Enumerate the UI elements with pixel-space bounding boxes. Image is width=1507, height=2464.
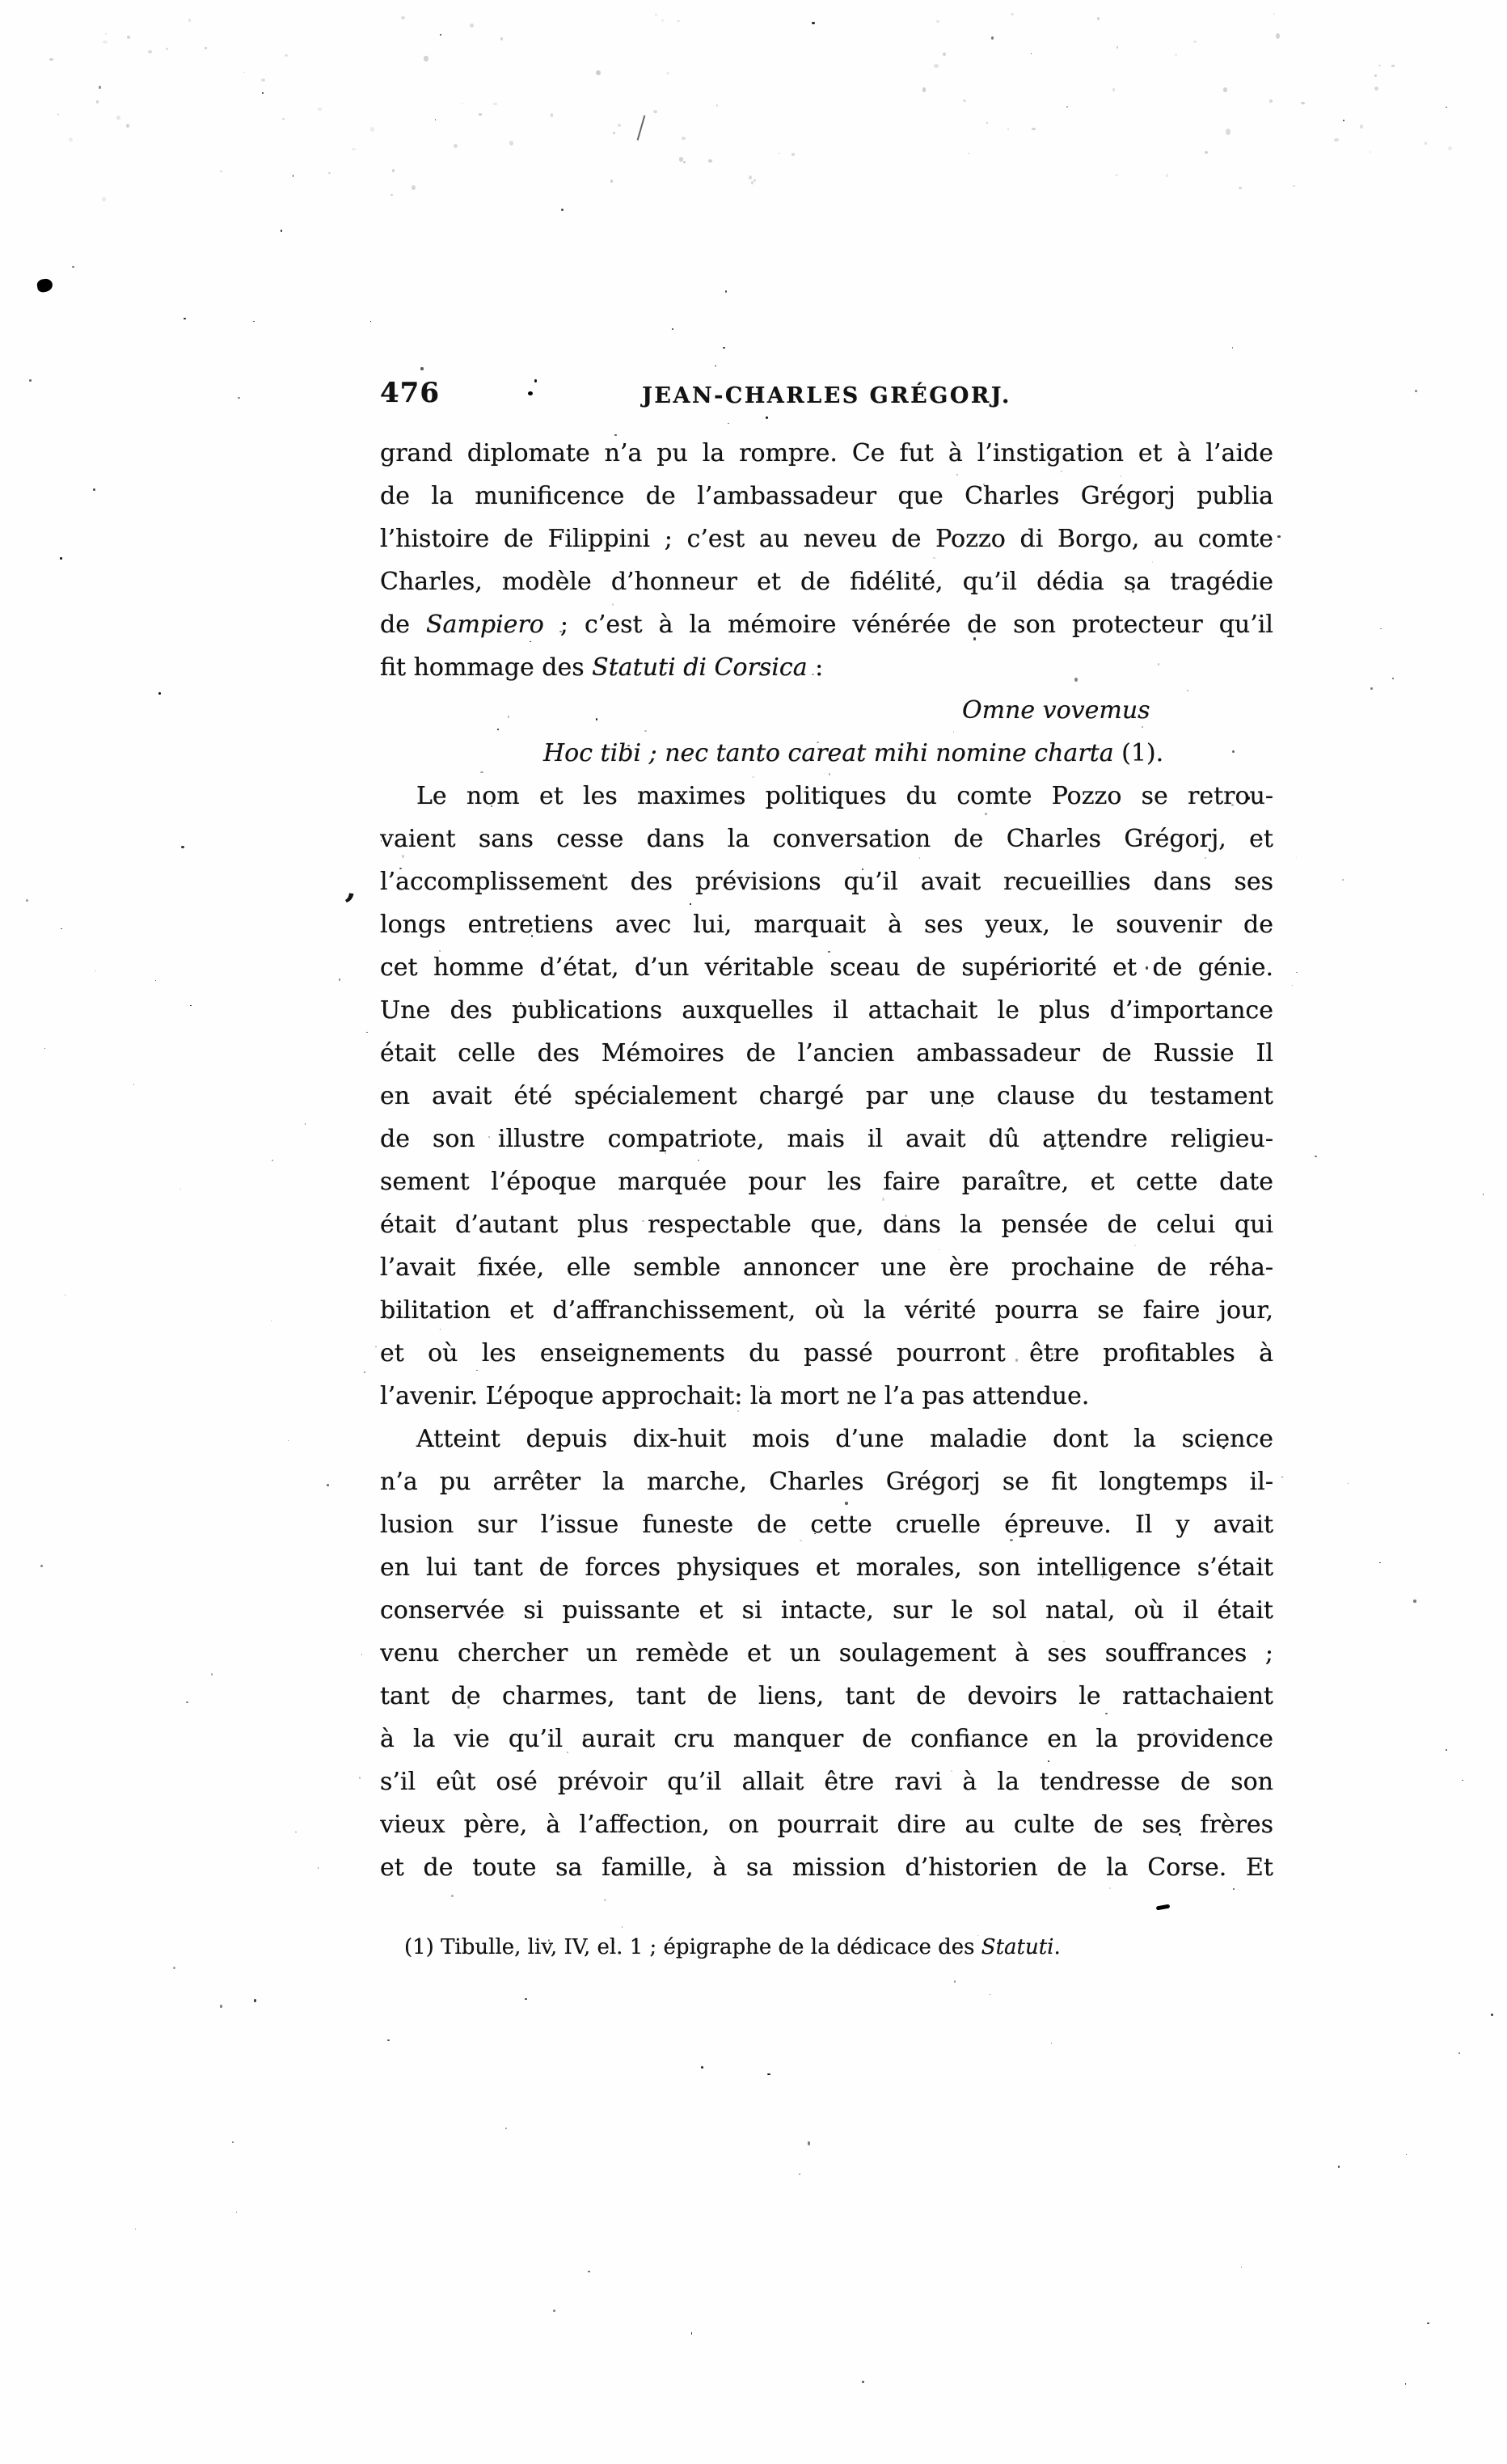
scan-noise-speck (1241, 2267, 1243, 2267)
scan-noise-speck (65, 1295, 65, 1295)
footnote: (1) Tibulle, liv, IV, el. 1 ; épigraphe … (380, 1933, 1273, 1962)
scan-noise-speck (1446, 1749, 1446, 1750)
scan-noise-speck (610, 180, 613, 183)
scan-noise-speck (293, 175, 294, 176)
scan-noise-speck (767, 2073, 770, 2075)
scan-noise-speck (282, 118, 285, 120)
scan-noise-speck (61, 928, 61, 929)
scan-noise-speck (1379, 1562, 1380, 1563)
scan-noise-speck (509, 141, 513, 146)
scan-noise-speck (1392, 678, 1394, 679)
scan-noise-speck (26, 899, 28, 901)
scan-noise-speck (1483, 1194, 1484, 1195)
stray-dash-mark (1156, 1904, 1171, 1911)
scan-noise-speck (753, 179, 757, 182)
scan-noise-speck (69, 137, 73, 142)
italic-text: Statuti (981, 1935, 1054, 1959)
scan-noise-speck (40, 1565, 43, 1567)
text-segment: de son illustre compatriote, mais il ava… (380, 1125, 1273, 1153)
text-segment: tant de charmes, tant de liens, tant de … (380, 1682, 1273, 1710)
scan-noise-speck (318, 108, 321, 111)
scan-noise-speck (691, 2332, 693, 2334)
scan-noise-speck (682, 137, 685, 139)
paragraph-3: Atteint depuis dix-huit mois d’une malad… (380, 1418, 1273, 1889)
scan-noise-speck (253, 321, 255, 322)
scan-noise-speck (462, 103, 463, 104)
scan-noise-speck (954, 1980, 956, 1982)
scan-noise-speck (1232, 347, 1233, 349)
scan-noise-speck (766, 416, 768, 419)
scan-noise-speck (272, 1160, 272, 1161)
scan-noise-speck (1011, 13, 1014, 15)
scan-noise-speck (661, 19, 664, 22)
scan-noise-speck (553, 2310, 555, 2312)
scan-noise-speck (205, 47, 208, 49)
text-segment: (1). (1114, 739, 1164, 767)
text-line: était celle des Mémoires de l’ancien amb… (380, 1032, 1273, 1075)
scan-noise-speck (93, 488, 96, 491)
scan-noise-speck (1406, 2154, 1407, 2155)
scan-noise-speck (1315, 1156, 1317, 1158)
scan-noise-speck (96, 100, 99, 104)
scan-noise-speck (126, 124, 130, 128)
scan-noise-speck (186, 1701, 188, 1703)
scan-noise-speck (672, 328, 673, 330)
scan-noise-speck (749, 175, 752, 180)
scan-noise-speck (1427, 2322, 1429, 2324)
scan-noise-speck (505, 2128, 507, 2129)
scan-noise-speck (725, 290, 727, 293)
scan-noise-speck (288, 1440, 289, 1441)
scan-noise-speck (116, 116, 120, 120)
scan-noise-speck (420, 367, 423, 371)
scan-noise-speck (29, 379, 32, 382)
scan-noise-speck (1342, 879, 1344, 881)
scan-noise-speck (1462, 1780, 1463, 1781)
scan-noise-speck (1007, 128, 1009, 130)
scan-noise-speck (1175, 54, 1176, 56)
scan-noise-speck (1277, 535, 1280, 538)
text-line: vieux père, à l’affection, on pourrait d… (380, 1803, 1273, 1846)
scan-noise-speck (1334, 138, 1339, 142)
scan-noise-speck (588, 2271, 589, 2272)
scan-noise-speck (1380, 628, 1382, 629)
scan-noise-speck (1273, 13, 1275, 15)
scan-noise-speck (49, 58, 53, 61)
scan-noise-speck (677, 20, 680, 22)
scan-noise-speck (361, 1654, 363, 1655)
page-body: grand diplomate n’a pu la rompre. Ce fut… (380, 432, 1273, 1889)
italic-text: Omne vovemus (962, 696, 1150, 725)
text-line: tant de charmes, tant de liens, tant de … (380, 1675, 1273, 1718)
scan-noise-speck (551, 113, 553, 116)
scan-noise-speck (613, 132, 615, 134)
scan-noise-speck (808, 2141, 810, 2145)
scan-noise-speck (1292, 985, 1293, 986)
verse-quotation: Omne vovemusHoc tibi ; nec tanto careat … (380, 689, 1273, 775)
scan-noise-speck (934, 64, 938, 68)
scan-noise-speck (133, 1084, 135, 1085)
text-line: de la munificence de l’ambassadeur que C… (380, 475, 1273, 518)
scan-noise-speck (812, 22, 815, 24)
scan-noise-speck (440, 34, 441, 36)
scan-noise-speck (181, 846, 184, 848)
text-segment: et où les enseignements du passé pourron… (380, 1339, 1273, 1367)
scan-noise-speck (1269, 99, 1273, 103)
scan-noise-speck (493, 103, 497, 105)
scan-noise-speck (791, 153, 794, 156)
text-segment: l’histoire de Filippini ; c’est au neveu… (380, 525, 1273, 553)
text-segment: l’avenir. L’époque approchait: la mort n… (380, 1382, 1089, 1410)
scan-noise-speck (412, 185, 416, 190)
scan-noise-speck (190, 1005, 191, 1006)
scan-noise-speck (339, 978, 341, 982)
scan-noise-speck (969, 153, 969, 154)
text-segment: longs entretiens avec lui, marquait à se… (380, 911, 1273, 939)
scan-noise-speck (655, 112, 656, 113)
scan-noise-speck (392, 169, 395, 171)
scan-noise-speck (500, 37, 503, 40)
scan-noise-speck (352, 148, 355, 150)
text-line: à la vie qu’il aurait cru manquer de con… (380, 1718, 1273, 1760)
ink-blob-artifact (36, 277, 53, 293)
text-segment: à la vie qu’il aurait cru manquer de con… (380, 1725, 1273, 1753)
scan-noise-speck (103, 40, 108, 44)
scan-noise-speck (653, 110, 657, 114)
scan-noise-speck (618, 124, 621, 127)
text-segment: . (1054, 1935, 1061, 1959)
text-line: Le nom et les maximes politiques du comt… (380, 775, 1273, 818)
scan-noise-speck (604, 1899, 606, 1901)
scan-noise-speck (390, 194, 392, 197)
scan-noise-speck (751, 181, 754, 184)
scan-noise-speck (158, 692, 161, 695)
scan-noise-speck (387, 2039, 390, 2041)
scan-noise-speck (862, 2381, 864, 2383)
scan-noise-speck (262, 92, 264, 94)
scan-noise-speck (1415, 390, 1416, 392)
text-line: l’histoire de Filippini ; c’est au neveu… (380, 518, 1273, 560)
scan-noise-speck (285, 54, 288, 57)
scan-noise-speck (261, 78, 264, 82)
scan-noise-speck (127, 36, 130, 39)
scan-noise-speck (708, 159, 713, 163)
scan-noise-speck (1343, 120, 1344, 121)
scan-noise-speck (1239, 187, 1242, 189)
text-segment: conservée si puissante et si intacte, su… (380, 1596, 1273, 1625)
verse-line: Omne vovemus (380, 689, 1273, 732)
scan-noise-speck (1205, 151, 1208, 154)
scan-noise-speck (1360, 125, 1362, 129)
scan-noise-speck (232, 2141, 233, 2143)
scan-noise-speck (1097, 17, 1100, 20)
scan-noise-speck (728, 423, 729, 425)
text-line: de Sampiero ; c’est à la mémoire vénérée… (380, 603, 1273, 646)
scan-noise-speck (1378, 65, 1380, 66)
scan-scratch-mark (637, 115, 646, 140)
scan-noise-speck (295, 1832, 296, 1833)
scan-noise-speck (596, 70, 601, 75)
scan-noise-speck (305, 1123, 306, 1124)
scan-noise-speck (723, 347, 725, 349)
scan-noise-speck (716, 104, 719, 107)
text-segment: ; c’est à la mémoire vénérée de son prot… (544, 611, 1273, 639)
scan-noise-speck (1448, 146, 1451, 150)
scan-noise-speck (1115, 174, 1119, 176)
text-line: cet homme d’état, d’un véritable sceau d… (380, 946, 1273, 989)
scan-noise-speck (243, 72, 245, 73)
scan-noise-speck (211, 1673, 213, 1676)
scan-noise-speck (180, 1189, 181, 1190)
text-line: l’avait fixée, elle semble annoncer une … (380, 1246, 1273, 1289)
text-segment: fit hommage des (380, 653, 592, 682)
text-line: et de toute sa famille, à sa mission d’h… (380, 1846, 1273, 1889)
scan-noise-speck (220, 171, 222, 173)
scan-noise-speck (1032, 128, 1035, 130)
text-segment: n’a pu arrêter la marche, Charles Grégor… (380, 1468, 1273, 1496)
scan-noise-speck (166, 48, 168, 51)
scan-noise-speck (990, 1994, 990, 1996)
scan-noise-speck (401, 16, 405, 19)
text-segment: grand diplomate n’a pu la rompre. Ce fut… (380, 439, 1273, 467)
text-segment: bilitation et d’affranchissement, où la … (380, 1296, 1273, 1325)
scan-noise-speck (281, 230, 283, 232)
text-line: s’il eût osé prévoir qu’il allait être r… (380, 1760, 1273, 1803)
scan-noise-speck (799, 2174, 800, 2174)
scan-noise-speck (1296, 972, 1298, 974)
scanned-book-page: ’ 476 JEAN-CHARLES GRÉGORJ. grand diplom… (0, 0, 1507, 2464)
scan-noise-speck (135, 2229, 137, 2229)
scan-noise-speck (525, 1998, 527, 2000)
scan-noise-speck (943, 53, 946, 56)
scan-noise-speck (327, 1484, 328, 1486)
scan-noise-speck (1338, 2166, 1340, 2168)
scan-noise-speck (991, 36, 994, 40)
scan-noise-speck (1117, 46, 1119, 49)
text-line: sement l’époque marquée pour les faire p… (380, 1160, 1273, 1203)
text-segment: Le nom et les maximes politiques du comt… (416, 782, 1273, 810)
text-segment: en lui tant de forces physiques et moral… (380, 1553, 1273, 1582)
scan-noise-speck (328, 172, 331, 174)
italic-text: Statuti di Corsica (592, 653, 807, 682)
text-line: Une des publications auxquelles il attac… (380, 989, 1273, 1032)
text-segment: était d’autant plus respectable que, dan… (380, 1211, 1273, 1239)
scan-noise-speck (424, 56, 428, 61)
scan-noise-speck (1193, 40, 1197, 42)
text-segment: était celle des Mémoires de l’ancien amb… (380, 1039, 1273, 1067)
scan-noise-speck (666, 72, 669, 74)
scan-noise-speck (561, 209, 564, 211)
scan-noise-speck (1405, 2383, 1406, 2385)
scan-noise-speck (1293, 185, 1294, 187)
scan-noise-speck (936, 20, 939, 23)
scan-noise-speck (173, 1967, 175, 1969)
text-segment: vaient sans cesse dans la conversation d… (380, 825, 1273, 853)
text-line: Charles, modèle d’honneur et de fidélité… (380, 560, 1273, 603)
running-header-title: JEAN-CHARLES GRÉGORJ. (380, 383, 1273, 408)
scan-noise-speck (435, 119, 437, 120)
scan-noise-speck (622, 1926, 623, 1927)
text-segment: l’avait fixée, elle semble annoncer une … (380, 1253, 1273, 1282)
scan-noise-speck (986, 122, 988, 123)
text-segment: sement l’époque marquée pour les faire p… (380, 1168, 1273, 1196)
scan-noise-speck (683, 161, 686, 163)
scan-noise-speck (359, 1777, 361, 1778)
scan-noise-speck (44, 1048, 45, 1049)
text-line: lusion sur l’issue funeste de cette crue… (380, 1503, 1273, 1546)
stray-ink-mark: ’ (340, 885, 357, 927)
text-line: l’accomplissement des prévisions qu’il a… (380, 860, 1273, 903)
scan-noise-speck (188, 19, 191, 21)
scan-noise-speck (534, 379, 537, 382)
scan-noise-speck (1051, 2043, 1052, 2043)
text-line: en avait été spécialement chargé par une… (380, 1075, 1273, 1118)
scan-noise-speck (375, 1346, 376, 1348)
scan-noise-speck (184, 318, 186, 320)
scan-noise-speck (1425, 142, 1427, 145)
scan-noise-speck (451, 1895, 453, 1897)
italic-text: Hoc tibi ; nec tanto careat mihi nomine … (543, 739, 1114, 767)
text-segment: et de toute sa famille, à sa mission d’h… (380, 1853, 1273, 1882)
scan-noise-speck (1370, 687, 1372, 690)
scan-noise-speck (1226, 129, 1231, 135)
scan-noise-speck (254, 1999, 256, 2002)
scan-noise-speck (715, 366, 716, 366)
text-segment: s’il eût osé prévoir qu’il allait être r… (380, 1768, 1273, 1796)
text-line: et où les enseignements du passé pourron… (380, 1332, 1273, 1375)
scan-noise-speck (479, 113, 482, 116)
text-line: de son illustre compatriote, mais il ava… (380, 1118, 1273, 1160)
text-line: était d’autant plus respectable que, dan… (380, 1203, 1273, 1246)
scan-noise-speck (1391, 65, 1395, 67)
scan-noise-speck (238, 397, 239, 399)
scan-noise-speck (318, 1867, 319, 1869)
text-segment: Atteint depuis dix-huit mois d’une malad… (416, 1425, 1273, 1453)
scan-noise-speck (470, 23, 474, 27)
text-segment: de la munificence de l’ambassadeur que C… (380, 482, 1273, 510)
text-line: vaient sans cesse dans la conversation d… (380, 818, 1273, 860)
scan-noise-speck (779, 153, 780, 154)
text-segment: Une des publications auxquelles il attac… (380, 996, 1273, 1025)
scan-noise-speck (1446, 107, 1447, 108)
scan-noise-speck (99, 86, 101, 89)
text-line: bilitation et d’affranchissement, où la … (380, 1289, 1273, 1332)
text-line: l’avenir. L’époque approchait: la mort n… (380, 1375, 1273, 1418)
scan-noise-speck (1166, 174, 1168, 177)
text-line: en lui tant de forces physiques et moral… (380, 1546, 1273, 1589)
scan-noise-speck (236, 2212, 237, 2213)
text-line: n’a pu arrêter la marche, Charles Grégor… (380, 1460, 1273, 1503)
scan-noise-speck (655, 14, 657, 15)
scan-noise-speck (370, 321, 371, 322)
scan-noise-speck (1491, 2014, 1493, 2016)
scan-noise-speck (1276, 33, 1281, 39)
text-segment: lusion sur l’issue funeste de cette crue… (380, 1511, 1273, 1539)
italic-text: Sampiero (426, 611, 544, 639)
scan-noise-speck (60, 557, 62, 560)
scan-noise-speck (701, 2066, 703, 2069)
scan-noise-speck (922, 87, 927, 92)
scan-noise-speck (454, 144, 458, 148)
scan-noise-speck (1066, 106, 1068, 108)
text-segment: cet homme d’état, d’un véritable sceau d… (380, 953, 1273, 982)
text-segment: de (380, 611, 426, 639)
scan-noise-speck (1413, 1600, 1416, 1602)
text-line: Atteint depuis dix-huit mois d’une malad… (380, 1418, 1273, 1460)
scan-noise-speck (148, 50, 152, 53)
scan-noise-speck (57, 113, 59, 116)
scan-noise-speck (366, 1032, 368, 1033)
scan-noise-speck (963, 99, 966, 102)
scan-noise-speck (1281, 1477, 1283, 1478)
text-segment: en avait été spécialement chargé par une… (380, 1082, 1273, 1110)
scan-noise-speck (1112, 88, 1115, 91)
scan-noise-speck (1301, 102, 1305, 104)
scan-noise-speck (364, 1371, 365, 1373)
scan-noise-speck (1370, 151, 1371, 154)
scan-noise-speck (95, 970, 96, 971)
text-segment: Charles, modèle d’honneur et de fidélité… (380, 568, 1273, 596)
paragraph-1: grand diplomate n’a pu la rompre. Ce fut… (380, 432, 1273, 689)
scan-noise-speck (1348, 1483, 1349, 1484)
text-segment: : (808, 653, 824, 682)
scan-noise-speck (1223, 87, 1227, 92)
verse-line: Hoc tibi ; nec tanto careat mihi nomine … (380, 732, 1273, 775)
paragraph-2: Le nom et les maximes politiques du comt… (380, 775, 1273, 1418)
scan-noise-speck (1374, 74, 1378, 77)
scan-noise-speck (1374, 87, 1378, 91)
text-segment: (1) Tibulle, liv, IV, el. 1 ; épigraphe … (404, 1935, 981, 1959)
scan-noise-speck (155, 980, 156, 981)
scan-noise-speck (271, 1321, 272, 1321)
text-segment: vieux père, à l’affection, on pourrait d… (380, 1811, 1273, 1839)
scan-noise-speck (1031, 53, 1032, 54)
text-line: venu chercher un remède et un soulagemen… (380, 1632, 1273, 1675)
text-line: grand diplomate n’a pu la rompre. Ce fut… (380, 432, 1273, 475)
text-line: conservée si puissante et si intacte, su… (380, 1589, 1273, 1632)
text-segment: venu chercher un remède et un soulagemen… (380, 1639, 1273, 1667)
scan-noise-speck (220, 2005, 222, 2008)
scan-noise-speck (1458, 2052, 1460, 2055)
scan-noise-speck (370, 127, 375, 131)
scan-noise-speck (105, 33, 107, 35)
text-segment: l’accomplissement des prévisions qu’il a… (380, 868, 1273, 896)
text-line: longs entretiens avec lui, marquait à se… (380, 903, 1273, 946)
scan-noise-speck (1296, 857, 1297, 858)
text-line: fit hommage des Statuti di Corsica : (380, 646, 1273, 689)
scan-noise-speck (72, 266, 74, 268)
scan-noise-speck (679, 157, 683, 162)
scan-noise-speck (102, 197, 106, 201)
